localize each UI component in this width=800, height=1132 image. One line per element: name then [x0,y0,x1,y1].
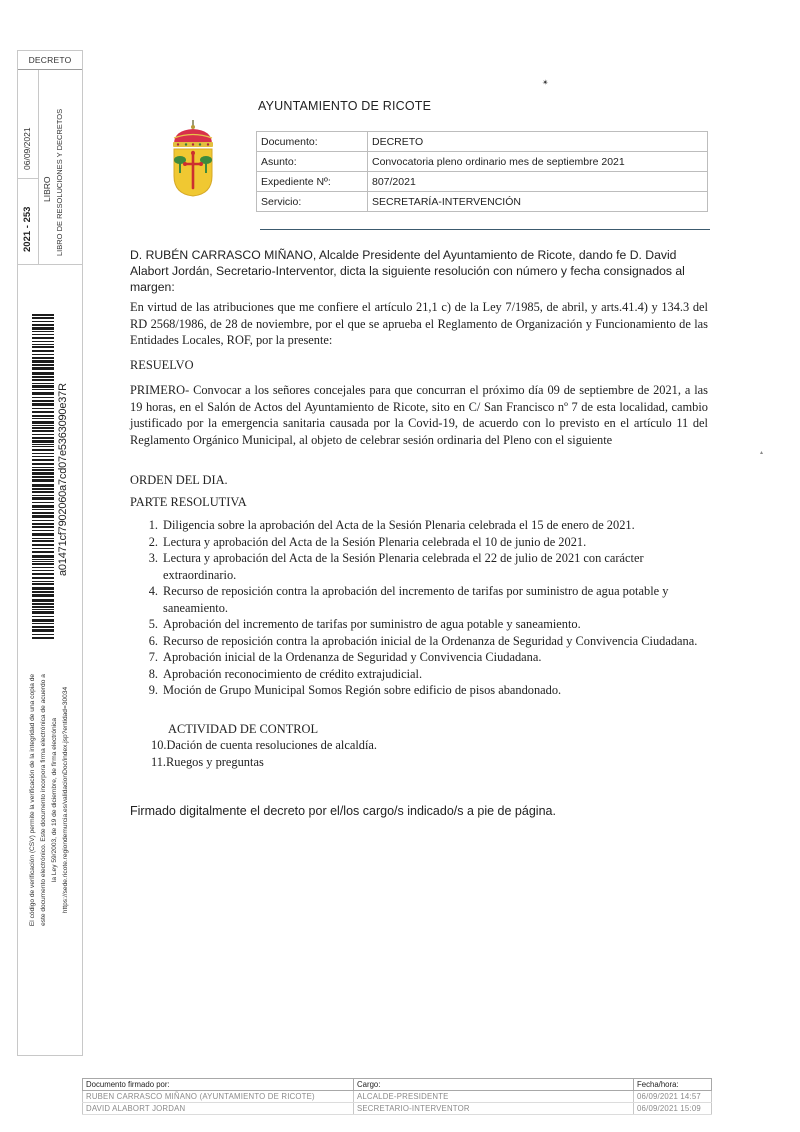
signer-role: ALCALDE-PRESIDENTE [354,1091,634,1103]
control-activity-heading: ACTIVIDAD DE CONTROL [168,721,318,738]
info-value: 807/2021 [368,172,708,192]
agenda-item-number: 9. [147,682,158,699]
organization-title: AYUNTAMIENTO DE RICOTE [258,99,431,113]
datetime-column-header: Fecha/hora: [634,1079,712,1091]
csv-verification-url[interactable]: https://sede.ricote.regiondemurcia.es/va… [60,650,71,950]
info-label: Expediente Nº: [257,172,368,192]
csv-notice-line: este documento electrónico. Este documen… [38,650,49,950]
agenda-item-number: 4. [147,583,158,616]
role-column-header: Cargo: [354,1079,634,1091]
csv-notice-line: El código de verificación (CSV) permite … [27,650,38,950]
agenda-item: 6.Recurso de reposición contra la aproba… [147,633,707,650]
decree-number: 2021 - 253 [22,207,33,252]
scan-artifact: ▴ [760,449,763,456]
scan-artifact: ✴ [542,78,549,87]
agenda-item: 3.Lectura y aprobación del Acta de la Se… [147,550,707,583]
agenda-item-number: 5. [147,616,158,633]
document-info-table: Documento: DECRETO Asunto: Convocatoria … [256,131,708,212]
csv-code: a01471cf7902060a7cd07e5363090e37R [57,383,69,576]
orden-del-dia-heading: ORDEN DEL DIA. [130,472,708,489]
agenda-item-number: 1. [147,517,158,534]
signer-column-header: Documento firmado por: [83,1079,354,1091]
signature-header-row: Documento firmado por: Cargo: Fecha/hora… [83,1079,712,1091]
header-divider [260,229,710,230]
agenda-item-text: Lectura y aprobación del Acta de la Sesi… [163,534,707,551]
intro-paragraph: D. RUBÉN CARRASCO MIÑANO, Alcalde Presid… [130,247,710,295]
divider [38,70,39,264]
info-row-expediente: Expediente Nº: 807/2021 [257,172,708,192]
agenda-item: 4.Recurso de reposición contra la aproba… [147,583,707,616]
csv-notice-line: la Ley 59/2003, de 19 de diciembre, de f… [49,650,60,950]
document-type-label: DECRETO [18,51,82,70]
parte-resolutiva-heading: PARTE RESOLUTIVA [130,494,708,511]
signer-role: SECRETARIO-INTERVENTOR [354,1103,634,1115]
agenda-item-number: 6. [147,633,158,650]
digital-signature-note: Firmado digitalmente el decreto por el/l… [130,804,556,818]
agenda-item-text: Diligencia sobre la aprobación del Acta … [163,517,707,534]
agenda-item-text: Aprobación del incremento de tarifas por… [163,616,707,633]
control-item: 11.Ruegos y preguntas [151,754,377,771]
info-label: Documento: [257,132,368,152]
agenda-item: 5.Aprobación del incremento de tarifas p… [147,616,707,633]
agenda-item-number: 3. [147,550,158,583]
info-row-servicio: Servicio: SECRETARÍA-INTERVENCIÓN [257,192,708,212]
coat-of-arms-icon [168,118,218,198]
agenda-item-number: 8. [147,666,158,683]
agenda-item-number: 7. [147,649,158,666]
divider [18,178,38,179]
info-label: Asunto: [257,152,368,172]
info-row-documento: Documento: DECRETO [257,132,708,152]
info-value: Convocatoria pleno ordinario mes de sept… [368,152,708,172]
signer-name: DAVID ALABORT JORDAN [83,1103,354,1115]
signature-datetime: 06/09/2021 15:09 [634,1103,712,1115]
legal-basis-paragraph: En virtud de las atribuciones que me con… [130,299,708,349]
agenda-item: 9.Moción de Grupo Municipal Somos Región… [147,682,707,699]
agenda-item-text: Recurso de reposición contra la aprobaci… [163,633,707,650]
agenda-item: 1.Diligencia sobre la aprobación del Act… [147,517,707,534]
info-value: SECRETARÍA-INTERVENCIÓN [368,192,708,212]
agenda-item: 2.Lectura y aprobación del Acta de la Se… [147,534,707,551]
control-activity-list: 10.Dación de cuenta resoluciones de alca… [151,737,377,770]
book-full-label: LIBRO DE RESOLUCIONES Y DECRETOS [55,109,64,256]
agenda-item: 7.Aprobación inicial de la Ordenanza de … [147,649,707,666]
agenda-list: 1.Diligencia sobre la aprobación del Act… [147,517,707,699]
primero-paragraph: PRIMERO- Convocar a los señores concejal… [130,382,708,448]
info-row-asunto: Asunto: Convocatoria pleno ordinario mes… [257,152,708,172]
agenda-item-text: Moción de Grupo Municipal Somos Región s… [163,682,707,699]
agenda-item-text: Recurso de reposición contra la aprobaci… [163,583,707,616]
csv-barcode [32,314,54,639]
info-value: DECRETO [368,132,708,152]
resuelvo-heading: RESUELVO [130,357,708,374]
signature-table: Documento firmado por: Cargo: Fecha/hora… [82,1078,712,1115]
decree-metadata: 06/09/2021 2021 - 253 LIBRO LIBRO DE RES… [18,70,82,265]
book-short-label: LIBRO [42,176,52,202]
agenda-item-text: Lectura y aprobación del Acta de la Sesi… [163,550,707,583]
agenda-item-number: 2. [147,534,158,551]
agenda-item: 8.Aprobación reconocimiento de crédito e… [147,666,707,683]
csv-verification-notice: El código de verificación (CSV) permite … [27,650,71,950]
agenda-item-text: Aprobación inicial de la Ordenanza de Se… [163,649,707,666]
signature-datetime: 06/09/2021 14:57 [634,1091,712,1103]
agenda-item-text: Aprobación reconocimiento de crédito ext… [163,666,707,683]
control-item: 10.Dación de cuenta resoluciones de alca… [151,737,377,754]
signature-row: DAVID ALABORT JORDAN SECRETARIO-INTERVEN… [83,1103,712,1115]
signer-name: RUBEN CARRASCO MIÑANO (AYUNTAMIENTO DE R… [83,1091,354,1103]
info-label: Servicio: [257,192,368,212]
signature-row: RUBEN CARRASCO MIÑANO (AYUNTAMIENTO DE R… [83,1091,712,1103]
decree-date: 06/09/2021 [22,127,32,170]
